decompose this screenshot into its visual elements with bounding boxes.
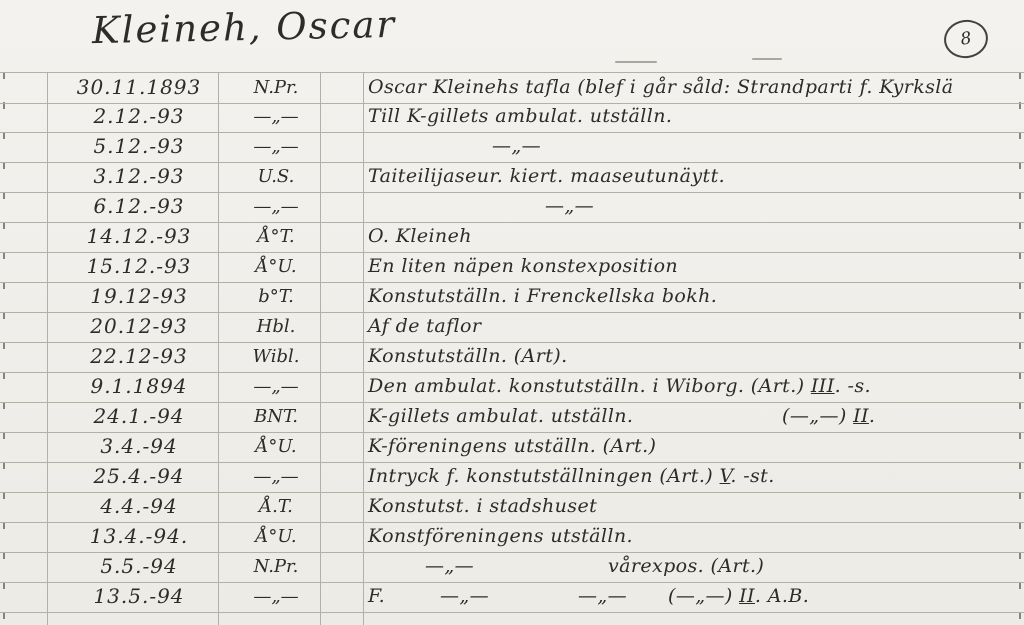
entry-text-run: F. [368, 582, 385, 611]
text-segment: . A.B. [755, 585, 809, 607]
entry-text-run: (—„—) II. [782, 402, 875, 431]
entry-text-run: En liten näpen konstexposition [368, 252, 678, 281]
entry-text-run: Af de taflor [368, 312, 481, 341]
entry-text-cell: O. Kleineh [0, 222, 1024, 252]
text-segment: Den ambulat. konstutställn. i Wiborg. (A… [368, 375, 811, 397]
text-segment: Konstutställn. (Art). [368, 345, 568, 367]
entry-text-run: —„— [578, 582, 627, 611]
text-segment: . -s. [835, 375, 871, 397]
ledger-row: 6.12.-93 —„— —„— [0, 192, 1024, 223]
entry-text-run: —„— [425, 552, 474, 581]
entry-text-run: Konstföreningens utställn. [368, 522, 633, 551]
text-segment: Till K-gillets ambulat. utställn. [368, 105, 672, 127]
text-segment: Af de taflor [368, 315, 481, 337]
text-segment: —„— [440, 585, 489, 607]
underlined-numeral: II [853, 405, 869, 427]
text-segment: Taiteilijaseur. kiert. maaseutunäytt. [368, 165, 725, 187]
entry-text-cell: F.—„——„—(—„—) II. A.B. [0, 582, 1024, 612]
text-segment: —„— [578, 585, 627, 607]
ledger-row: 20.12-93 Hbl. Af de taflor [0, 312, 1024, 343]
text-segment: —„— [492, 135, 541, 157]
entry-text-cell: Intryck f. konstutställningen (Art.) V. … [0, 462, 1024, 492]
entry-text-cell: En liten näpen konstexposition [0, 252, 1024, 282]
entry-text-cell: —„—vårexpos. (Art.) [0, 552, 1024, 582]
entry-text-run: Intryck f. konstutställningen (Art.) V. … [368, 462, 775, 491]
entry-text-cell: Oscar Kleinehs tafla (blef i går såld: S… [0, 73, 1024, 103]
text-segment: . -st. [730, 465, 774, 487]
text-segment: Konstföreningens utställn. [368, 525, 633, 547]
entry-text-cell: —„— [0, 132, 1024, 162]
ledger-row: 13.4.-94. Å°U. Konstföreningens utställn… [0, 522, 1024, 553]
entry-text-cell: Till K-gillets ambulat. utställn. [0, 102, 1024, 132]
entry-text-cell: Konstutst. i stadshuset [0, 492, 1024, 522]
underlined-numeral: V [720, 465, 731, 487]
entry-text-run: O. Kleineh [368, 222, 472, 251]
underlined-numeral: III [811, 375, 835, 397]
text-segment: (—„—) [782, 405, 853, 427]
text-segment: F. [368, 585, 385, 607]
ledger-row: 2.12.-93 —„— Till K-gillets ambulat. uts… [0, 102, 1024, 133]
entry-text-run: Den ambulat. konstutställn. i Wiborg. (A… [368, 372, 871, 401]
ledger-row: 30.11.1893 N.Pr. Oscar Kleinehs tafla (b… [0, 72, 1024, 104]
text-segment: vårexpos. (Art.) [608, 555, 764, 577]
entry-text-run: (—„—) II. A.B. [668, 582, 809, 611]
ledger-row: 22.12-93 Wibl. Konstutställn. (Art). [0, 342, 1024, 373]
entry-text-run: Oscar Kleinehs tafla (blef i går såld: S… [368, 73, 954, 102]
text-segment: Konstutställn. i Frenckellska bokh. [368, 285, 717, 307]
text-segment: K-gillets ambulat. utställn. [368, 405, 633, 427]
underlined-numeral: II [739, 585, 755, 607]
ledger-row: 25.4.-94 —„— Intryck f. konstutställning… [0, 462, 1024, 493]
entry-text-cell: —„— [0, 192, 1024, 222]
ledger-row: 3.12.-93 U.S. Taiteilijaseur. kiert. maa… [0, 162, 1024, 193]
ledger-row: 3.4.-94 Å°U. K-föreningens utställn. (Ar… [0, 432, 1024, 463]
ledger-row: 15.12.-93 Å°U. En liten näpen konstexpos… [0, 252, 1024, 283]
entry-text-run: K-gillets ambulat. utställn. [368, 402, 633, 431]
text-segment: O. Kleineh [368, 225, 472, 247]
entry-text-run: Konstutställn. i Frenckellska bokh. [368, 282, 717, 311]
text-segment: K-föreningens utställn. (Art.) [368, 435, 656, 457]
ledger-row: 5.12.-93 —„— —„— [0, 132, 1024, 163]
entry-text-cell: Konstutställn. i Frenckellska bokh. [0, 282, 1024, 312]
ledger-row: 4.4.-94 Å.T. Konstutst. i stadshuset [0, 492, 1024, 523]
entry-text-run: —„— [545, 192, 594, 221]
entry-text-run: Till K-gillets ambulat. utställn. [368, 102, 672, 131]
entry-text-cell: Den ambulat. konstutställn. i Wiborg. (A… [0, 372, 1024, 402]
entry-text-cell: Konstföreningens utställn. [0, 522, 1024, 552]
ledger-row: 14.12.-93 Å°T. O. Kleineh [0, 222, 1024, 253]
entry-text-cell: Konstutställn. (Art). [0, 342, 1024, 372]
text-segment: (—„—) [668, 585, 739, 607]
entry-text-run: vårexpos. (Art.) [608, 552, 764, 581]
entry-text-run: Konstutställn. (Art). [368, 342, 568, 371]
entry-text-run: —„— [440, 582, 489, 611]
ledger-row: 19.12-93 b°T. Konstutställn. i Frenckell… [0, 282, 1024, 313]
text-segment: Konstutst. i stadshuset [368, 495, 597, 517]
entry-text-run: K-föreningens utställn. (Art.) [368, 432, 656, 461]
scanned-ledger-page: Kleineh, Oscar 8 30.11.1893 N.Pr. Oscar … [0, 0, 1024, 625]
ledger-row: 9.1.1894 —„— Den ambulat. konstutställn.… [0, 372, 1024, 403]
text-segment: —„— [425, 555, 474, 577]
entry-text-cell: K-gillets ambulat. utställn.(—„—) II. [0, 402, 1024, 432]
entry-text-run: Taiteilijaseur. kiert. maaseutunäytt. [368, 162, 725, 191]
entry-text-cell: K-föreningens utställn. (Art.) [0, 432, 1024, 462]
entry-text-run: —„— [492, 132, 541, 161]
text-segment: En liten näpen konstexposition [368, 255, 678, 277]
ledger-row: 24.1.-94 BNT. K-gillets ambulat. utställ… [0, 402, 1024, 433]
text-segment: Intryck f. konstutställningen (Art.) [368, 465, 720, 487]
entry-text-cell: Af de taflor [0, 312, 1024, 342]
text-segment: Oscar Kleinehs tafla (blef i går såld: S… [368, 76, 954, 98]
text-segment: . [869, 405, 875, 427]
entry-text-cell: Taiteilijaseur. kiert. maaseutunäytt. [0, 162, 1024, 192]
text-segment: —„— [545, 195, 594, 217]
entry-text-run: Konstutst. i stadshuset [368, 492, 597, 521]
ledger-rows: 30.11.1893 N.Pr. Oscar Kleinehs tafla (b… [0, 0, 1024, 625]
ledger-row: 13.5.-94 —„— F.—„——„—(—„—) II. A.B. [0, 582, 1024, 613]
ledger-row: 5.5.-94 N.Pr. —„—vårexpos. (Art.) [0, 552, 1024, 583]
